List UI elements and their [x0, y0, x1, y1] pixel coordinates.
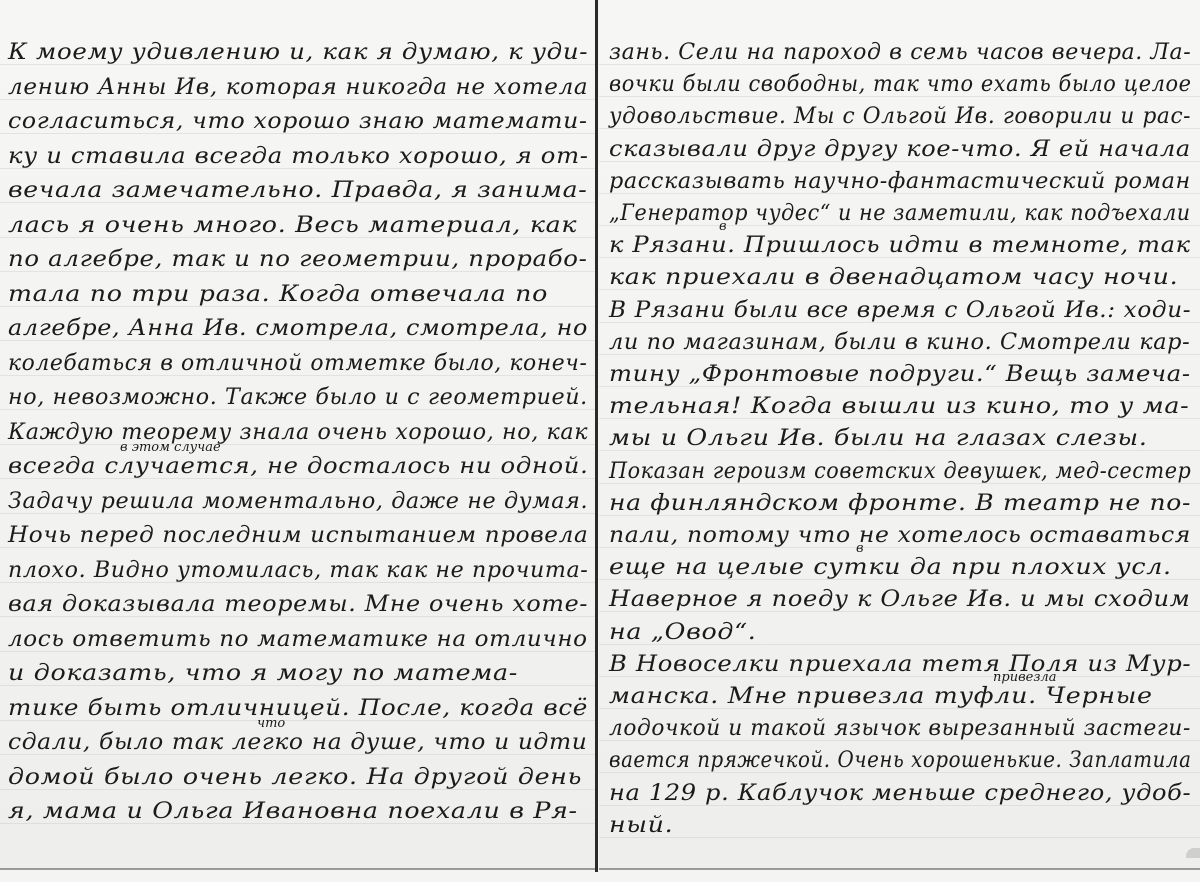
handwritten-line: Ночь перед последним испытанием провела — [8, 521, 588, 551]
handwritten-line: вается пряжечкой. Очень хорошенькие. Зап… — [609, 746, 1191, 776]
handwritten-line: В Рязани были все время с Ольгой Ив.: хо… — [609, 296, 1191, 326]
handwritten-line: я, мама и Ольга Ивановна поехали в Ря- — [8, 797, 578, 827]
page-gutter-line — [595, 0, 598, 872]
handwritten-line: согласиться, что хорошо знаю математи- — [8, 107, 588, 137]
interlinear-annotation: в этом случае — [120, 440, 221, 455]
handwritten-line: „Генератор чудес“ и не заметили, как под… — [609, 199, 1191, 229]
handwritten-line: сказывали друг другу кое-что. Я ей начал… — [609, 135, 1191, 165]
notebook-spread: К моему удивлению и, как я думаю, к уди-… — [0, 0, 1200, 882]
interlinear-annotation: привезла — [993, 670, 1056, 685]
handwritten-line: вечала замечательно. Правда, я занима- — [8, 176, 587, 206]
handwritten-line: всегда случается, не досталось ни одной. — [8, 452, 588, 482]
handwritten-line: лось ответить по математике на отлично — [8, 625, 588, 655]
page-corner-curl — [1186, 848, 1200, 858]
handwritten-line: на 129 р. Каблучок меньше среднего, удоб… — [609, 779, 1191, 809]
handwritten-line: сдали, было так легко на душе, что и идт… — [8, 728, 587, 758]
ruled-line — [599, 837, 1200, 838]
interlinear-annotation: в — [719, 219, 727, 234]
interlinear-annotation: что — [257, 716, 285, 731]
handwritten-line: удовольствие. Мы с Ольгой Ив. говорили и… — [609, 102, 1191, 132]
handwritten-line: К моему удивлению и, как я думаю, к уди- — [8, 38, 588, 68]
handwritten-line: Задачу решила моментально, даже не думая… — [8, 487, 588, 517]
handwritten-line: еще на целые сутки да при плохих усл. — [609, 553, 1172, 583]
handwritten-line: ный. — [609, 811, 673, 841]
handwritten-line: лодочкой и такой язычок вырезанный засте… — [609, 714, 1191, 744]
handwritten-line: мы и Ольги Ив. были на глазах слезы. — [609, 424, 1148, 454]
handwritten-line: лению Анны Ив, которая никогда не хотела — [8, 73, 588, 103]
handwritten-line: тину „Фронтовые подруги.“ Вещь замеча- — [609, 360, 1191, 390]
handwritten-line: лась я очень много. Весь материал, как — [8, 211, 577, 241]
handwritten-line: Каждую теорему знала очень хорошо, но, к… — [8, 418, 588, 448]
handwritten-line: манска. Мне привезла туфли. Черные — [609, 682, 1153, 712]
handwritten-line: вочки были свободны, так что ехать было … — [609, 70, 1191, 100]
handwritten-line: В Новоселки приехала тетя Поля из Мур- — [609, 650, 1191, 680]
handwritten-line: пали, потому что не хотелось оставаться — [609, 521, 1191, 551]
left-page: К моему удивлению и, как я думаю, к уди-… — [0, 0, 597, 870]
handwritten-line: рассказывать научно-фантастический роман — [609, 167, 1191, 197]
handwritten-line: Показан героизм советских девушек, мед-с… — [609, 457, 1191, 487]
interlinear-annotation: в — [856, 541, 864, 556]
handwritten-line: вая доказывала теоремы. Мне очень хоте- — [8, 590, 588, 620]
handwritten-line: по алгебре, так и по геометрии, прорабо- — [8, 245, 588, 275]
right-page: зань. Сели на пароход в семь часов вечер… — [599, 0, 1200, 870]
handwritten-line: ли по магазинам, были в кино. Смотрели к… — [609, 328, 1190, 358]
handwritten-line: тельная! Когда вышли из кино, то у ма- — [609, 392, 1189, 422]
handwritten-line: тике быть отличницей. После, когда всё — [8, 694, 588, 724]
handwritten-line: ку и ставила всегда только хорошо, я от- — [8, 142, 589, 172]
handwritten-line: к Рязани. Пришлось идти в темноте, так — [609, 231, 1191, 261]
handwritten-line: колебаться в отличной отметке было, коне… — [8, 349, 587, 379]
handwritten-line: на „Овод“. — [609, 618, 757, 648]
handwritten-line: домой было очень легко. На другой день — [8, 763, 582, 793]
handwritten-line: и доказать, что я могу по матема- — [8, 659, 518, 689]
handwritten-line: зань. Сели на пароход в семь часов вечер… — [609, 38, 1191, 68]
handwritten-line: но, невозможно. Также было и с геометрие… — [8, 383, 588, 413]
handwritten-line: алгебре, Анна Ив. смотрела, смотрела, но — [8, 314, 588, 344]
handwritten-line: на финляндском фронте. В театр не по- — [609, 489, 1191, 519]
handwritten-line: Наверное я поеду к Ольге Ив. и мы сходим — [609, 585, 1190, 615]
handwritten-line: как приехали в двенадцатом часу ночи. — [609, 263, 1178, 293]
handwritten-line: тала по три раза. Когда отвечала по — [8, 280, 548, 310]
handwritten-line: плохо. Видно утомилась, так как не прочи… — [8, 556, 588, 586]
